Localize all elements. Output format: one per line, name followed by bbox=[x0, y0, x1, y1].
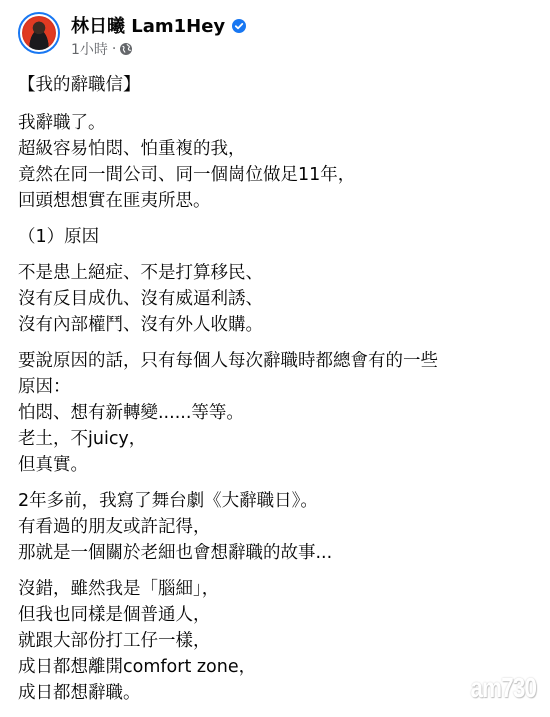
post-subtitle: 1小時 · bbox=[71, 39, 246, 59]
text-line: 那就是一個關於老細也會想辭職的故事... bbox=[18, 540, 538, 566]
text-line: 成日都想辭職。 bbox=[18, 680, 538, 706]
paragraph-play: 2年多前，我寫了舞台劇《大辭職日》。 有看過的朋友或許記得， 那就是一個關於老細… bbox=[18, 488, 538, 566]
post-title: 【我的辭職信】 bbox=[18, 72, 538, 98]
text-line: 沒有內部權鬥、沒有外人收購。 bbox=[18, 312, 538, 338]
text-line: 沒錯，雖然我是「腦細」， bbox=[18, 576, 538, 602]
text-line: 竟然在同一間公司、同一個崗位做足11年， bbox=[18, 162, 538, 188]
timestamp[interactable]: 1小時 bbox=[71, 39, 108, 59]
text-line: 原因： bbox=[18, 374, 538, 400]
post-header: 林日曦 Lam1Hey 1小時 · bbox=[18, 12, 246, 59]
paragraph-real-reasons: 要說原因的話，只有每個人每次辭職時都總會有的一些 原因： 怕悶、想有新轉變...… bbox=[18, 348, 538, 478]
watermark-logo: am730 bbox=[470, 672, 536, 704]
text-line: 回頭想想實在匪夷所思。 bbox=[18, 188, 538, 214]
text-line: 但我也同樣是個普通人， bbox=[18, 602, 538, 628]
separator: · bbox=[112, 41, 116, 57]
avatar-image bbox=[22, 16, 56, 50]
post-body: 【我的辭職信】 我辭職了。 超級容易怕悶、怕重複的我， 竟然在同一間公司、同一個… bbox=[18, 72, 538, 716]
author-name[interactable]: 林日曦 Lam1Hey bbox=[71, 12, 225, 38]
paragraph-ordinary-person: 沒錯，雖然我是「腦細」， 但我也同樣是個普通人， 就跟大部份打工仔一樣， 成日都… bbox=[18, 576, 538, 706]
globe-icon[interactable] bbox=[120, 43, 132, 55]
text-line: 有看過的朋友或許記得， bbox=[18, 514, 538, 540]
avatar[interactable] bbox=[18, 12, 60, 54]
text-line: 2年多前，我寫了舞台劇《大辭職日》。 bbox=[18, 488, 538, 514]
text-line: 不是患上絕症、不是打算移民、 bbox=[18, 260, 538, 286]
text-line: 要說原因的話，只有每個人每次辭職時都總會有的一些 bbox=[18, 348, 538, 374]
post-meta: 林日曦 Lam1Hey 1小時 · bbox=[71, 13, 246, 59]
text-line: 成日都想離開comfort zone， bbox=[18, 654, 538, 680]
text-line: 沒有反目成仇、沒有威逼利誘、 bbox=[18, 286, 538, 312]
text-line: （1）原因 bbox=[18, 224, 538, 250]
section-heading-reason: （1）原因 bbox=[18, 224, 538, 250]
author-row: 林日曦 Lam1Hey bbox=[71, 13, 246, 37]
text-line: 怕悶、想有新轉變......等等。 bbox=[18, 400, 538, 426]
facebook-post: 林日曦 Lam1Hey 1小時 · bbox=[0, 0, 550, 717]
text-line: 就跟大部份打工仔一樣， bbox=[18, 628, 538, 654]
text-line: 我辭職了。 bbox=[18, 110, 538, 136]
paragraph-intro: 我辭職了。 超級容易怕悶、怕重複的我， 竟然在同一間公司、同一個崗位做足11年，… bbox=[18, 110, 538, 214]
text-line: 但真實。 bbox=[18, 452, 538, 478]
text-line: 【我的辭職信】 bbox=[18, 72, 538, 98]
text-line: 老土，不juicy， bbox=[18, 426, 538, 452]
verified-badge-icon bbox=[232, 18, 246, 32]
text-line: 超級容易怕悶、怕重複的我， bbox=[18, 136, 538, 162]
paragraph-not-reasons: 不是患上絕症、不是打算移民、 沒有反目成仇、沒有威逼利誘、 沒有內部權鬥、沒有外… bbox=[18, 260, 538, 338]
